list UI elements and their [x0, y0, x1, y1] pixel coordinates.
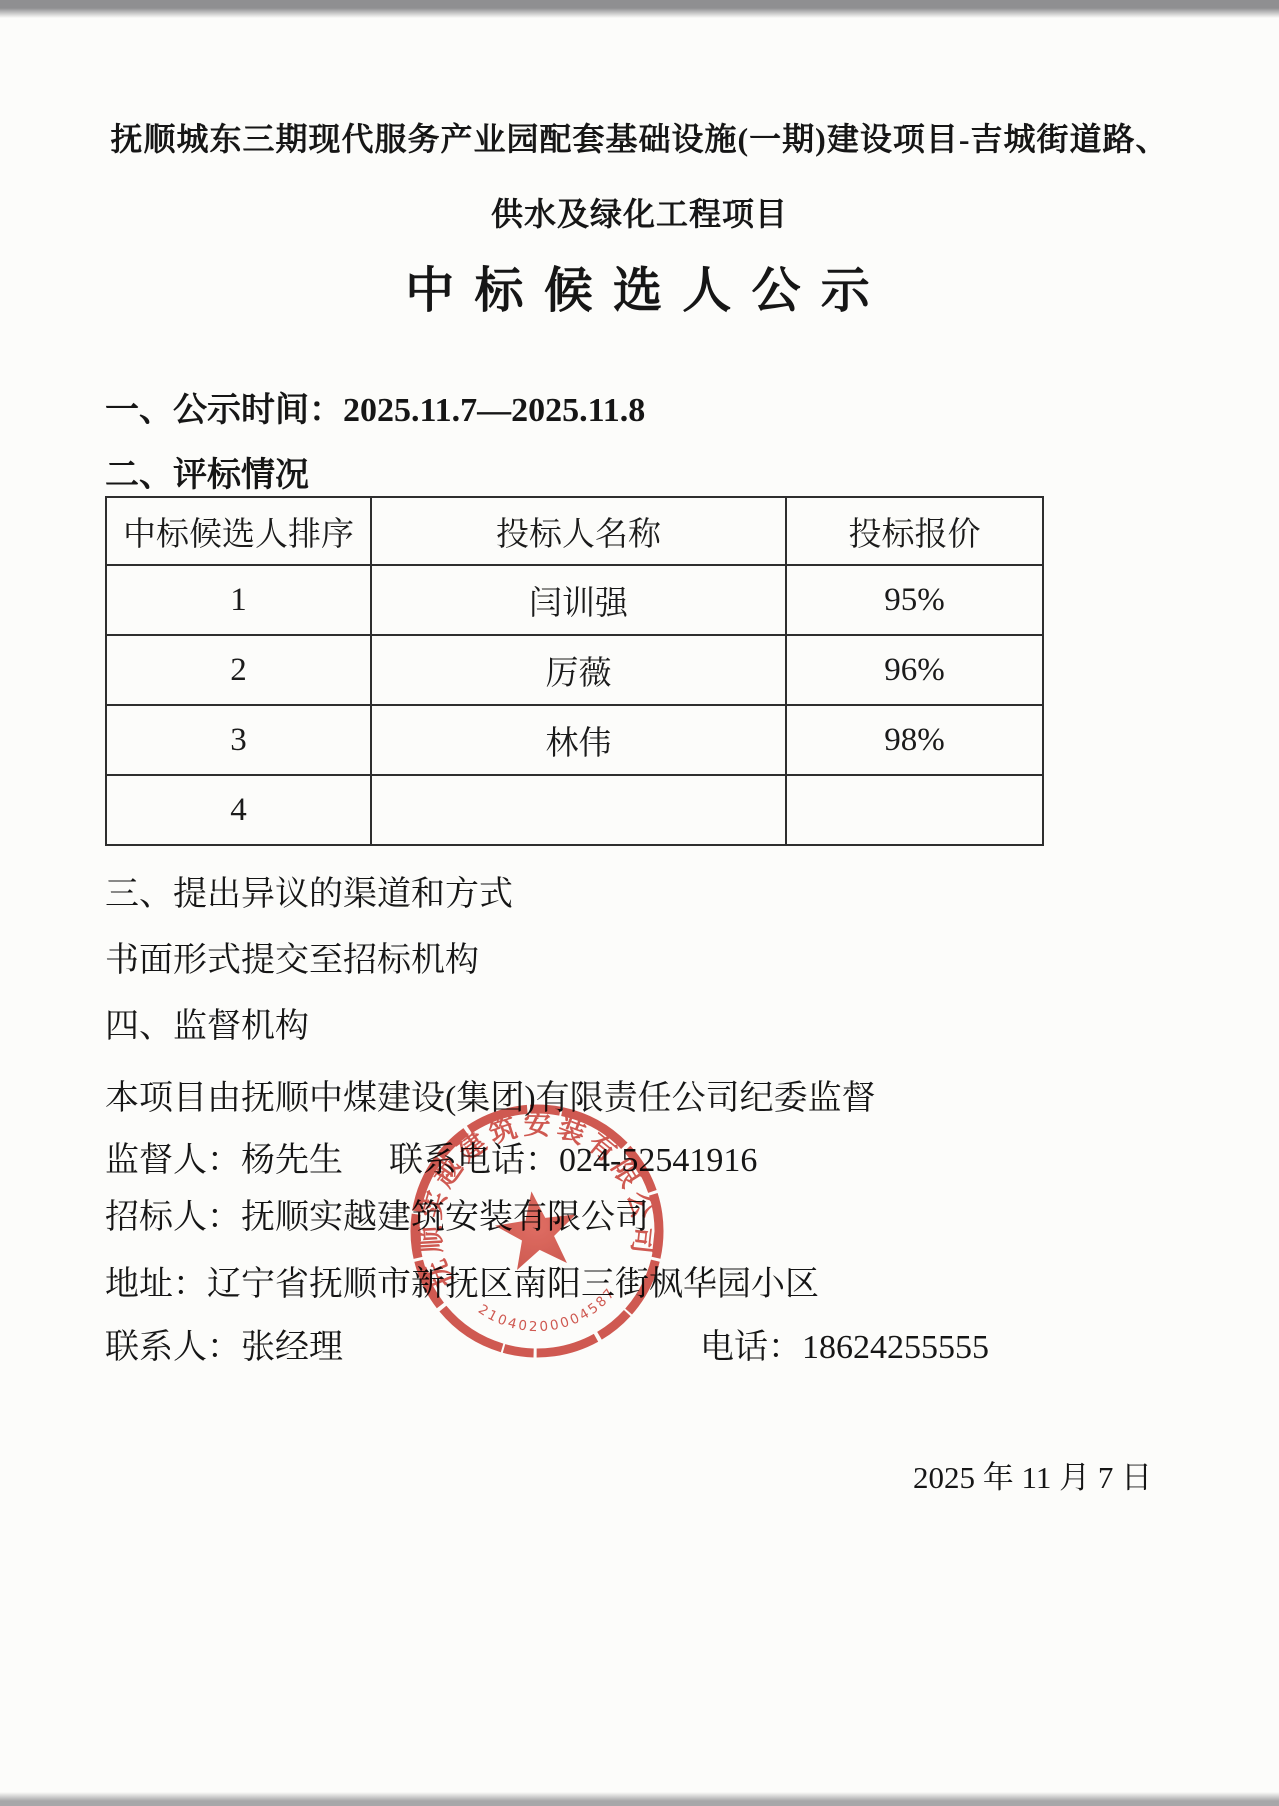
supervisor-phone: 024-52541916: [559, 1142, 757, 1179]
supervisor-name: 杨先生: [241, 1142, 343, 1179]
supervision-body: 本项目由抚顺中煤建设(集团)有限责任公司纪委监督: [105, 1070, 876, 1119]
contact-phone-label: 电话：: [700, 1329, 802, 1366]
tenderer-line: 招标人：抚顺实越建筑安装有限公司: [105, 1189, 649, 1238]
scan-edge-bottom: [0, 1792, 1279, 1806]
header-bidder: 投标人名称: [371, 497, 786, 565]
evaluation-heading: 二、评标情况: [105, 447, 309, 496]
supervisor-phone-label: 联系电话：: [389, 1142, 559, 1179]
price-cell: 95%: [786, 565, 1043, 635]
contact-phone-group: 电话：18624255555: [700, 1319, 989, 1368]
rank-cell: 4: [106, 775, 371, 845]
supervisor-label: 监督人：: [105, 1142, 241, 1179]
table-row: 3 林伟 98%: [106, 705, 1043, 775]
price-cell: [786, 775, 1043, 845]
announcement-heading: 中 标 候 选 人 公 示: [0, 252, 1279, 322]
supervision-heading: 四、监督机构: [105, 998, 309, 1047]
objection-body: 书面形式提交至招标机构: [105, 932, 479, 981]
publicity-time-heading: 一、公示时间：2025.11.7—2025.11.8: [105, 382, 645, 431]
contact-line: 联系人：张经理: [105, 1319, 343, 1368]
evaluation-table: 中标候选人排序 投标人名称 投标报价 1 闫训强 95% 2 厉薇 96% 3 …: [105, 496, 1044, 846]
date-line: 2025 年 11 月 7 日: [913, 1452, 1152, 1497]
bidder-cell: [371, 775, 786, 845]
contact-name: 张经理: [241, 1329, 343, 1366]
header-rank: 中标候选人排序: [106, 497, 371, 565]
header-price: 投标报价: [786, 497, 1043, 565]
table-row: 1 闫训强 95%: [106, 565, 1043, 635]
supervisor-line: 监督人：杨先生联系电话：024-52541916: [105, 1132, 757, 1181]
table-header-row: 中标候选人排序 投标人名称 投标报价: [106, 497, 1043, 565]
contact-phone: 18624255555: [802, 1329, 989, 1366]
rank-cell: 2: [106, 635, 371, 705]
rank-cell: 1: [106, 565, 371, 635]
contact-label: 联系人：: [105, 1329, 241, 1366]
bidder-cell: 林伟: [371, 705, 786, 775]
project-title-line2: 供水及绿化工程项目: [0, 196, 1279, 233]
bidder-cell: 厉薇: [371, 635, 786, 705]
bidder-cell: 闫训强: [371, 565, 786, 635]
objection-heading: 三、提出异议的渠道和方式: [105, 866, 513, 915]
price-cell: 98%: [786, 705, 1043, 775]
table-row: 4: [106, 775, 1043, 845]
project-title-line1: 抚顺城东三期现代服务产业园配套基础设施(一期)建设项目-吉城街道路、: [0, 121, 1279, 158]
table-row: 2 厉薇 96%: [106, 635, 1043, 705]
document-page: 抚顺城东三期现代服务产业园配套基础设施(一期)建设项目-吉城街道路、 供水及绿化…: [0, 0, 1279, 1806]
scan-edge-top: [0, 0, 1279, 18]
rank-cell: 3: [106, 705, 371, 775]
price-cell: 96%: [786, 635, 1043, 705]
address-line: 地址：辽宁省抚顺市新抚区南阳三街枫华园小区: [105, 1256, 819, 1305]
